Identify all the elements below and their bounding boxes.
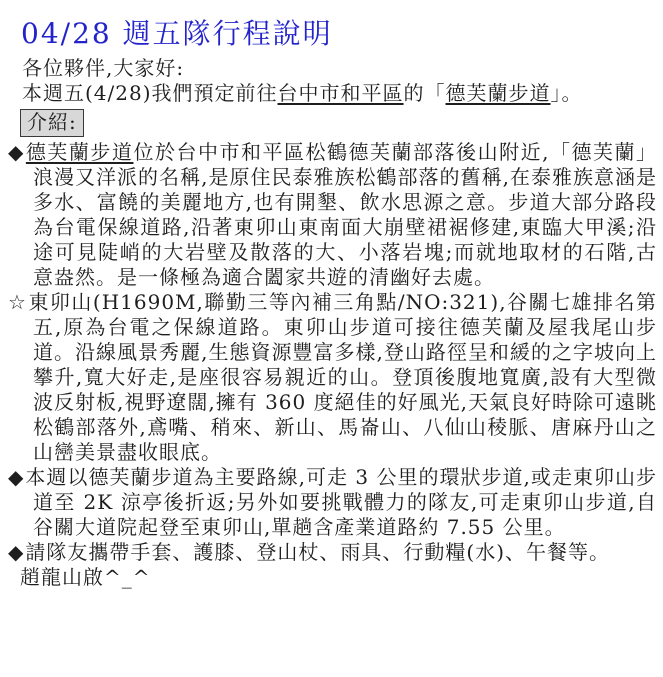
plan-text-pre: 本週五(4/28)我們預定前往 [22, 81, 278, 105]
document-page: 04/28 週五隊行程說明 各位夥伴,大家好: 本週五(4/28)我們預定前往台… [0, 0, 663, 677]
bullet-trail-description: ◆德芙蘭步道位於台中市和平區松鶴德芙蘭部落後山附近,「德芙蘭」浪漫又洋派的名稱,… [8, 140, 657, 290]
bullet-route-plan: ◆本週以德芙蘭步道為主要路線,可走 3 公里的環狀步道,或走東卯山步道至 2K … [8, 465, 657, 540]
page-title: 04/28 週五隊行程說明 [21, 18, 653, 50]
intro-label-box: 介紹: [20, 109, 84, 137]
bullet-equipment: ◆請隊友攜帶手套、護膝、登山杖、雨具、行動糧(水)、午餐等。 [8, 540, 657, 565]
intro-label: 介紹: [27, 110, 77, 134]
plan-text-mid: 的「 [404, 81, 446, 105]
diamond-bullet-icon: ◆ [8, 465, 25, 489]
signature-line: 趙龍山啟^_^ [20, 565, 653, 590]
plan-location-underlined: 台中市和平區 [278, 81, 404, 105]
bullet-dongmao-mountain: ☆東卯山(H1690M,聯勤三等內補三角點/NO:321),谷關七雄排名第五,原… [8, 290, 657, 465]
greeting-line: 各位夥伴,大家好: [22, 56, 653, 81]
bullet-equipment-text: 請隊友攜帶手套、護膝、登山杖、雨具、行動糧(水)、午餐等。 [25, 540, 610, 564]
diamond-bullet-icon: ◆ [8, 140, 26, 164]
bullet-dongmao-mountain-text: 東卯山(H1690M,聯勤三等內補三角點/NO:321),谷關七雄排名第五,原為… [28, 290, 657, 464]
star-bullet-icon: ☆ [8, 290, 28, 314]
plan-text-post: 」。 [551, 81, 583, 105]
diamond-bullet-icon: ◆ [8, 540, 25, 564]
bullet-route-plan-text: 本週以德芙蘭步道為主要路線,可走 3 公里的環狀步道,或走東卯山步道至 2K 涼… [25, 465, 657, 539]
trail-name-underlined: 德芙蘭步道 [26, 140, 134, 164]
plan-line: 本週五(4/28)我們預定前往台中市和平區的「德芙蘭步道」。 [22, 81, 653, 106]
plan-trail-underlined: 德芙蘭步道 [446, 81, 551, 105]
